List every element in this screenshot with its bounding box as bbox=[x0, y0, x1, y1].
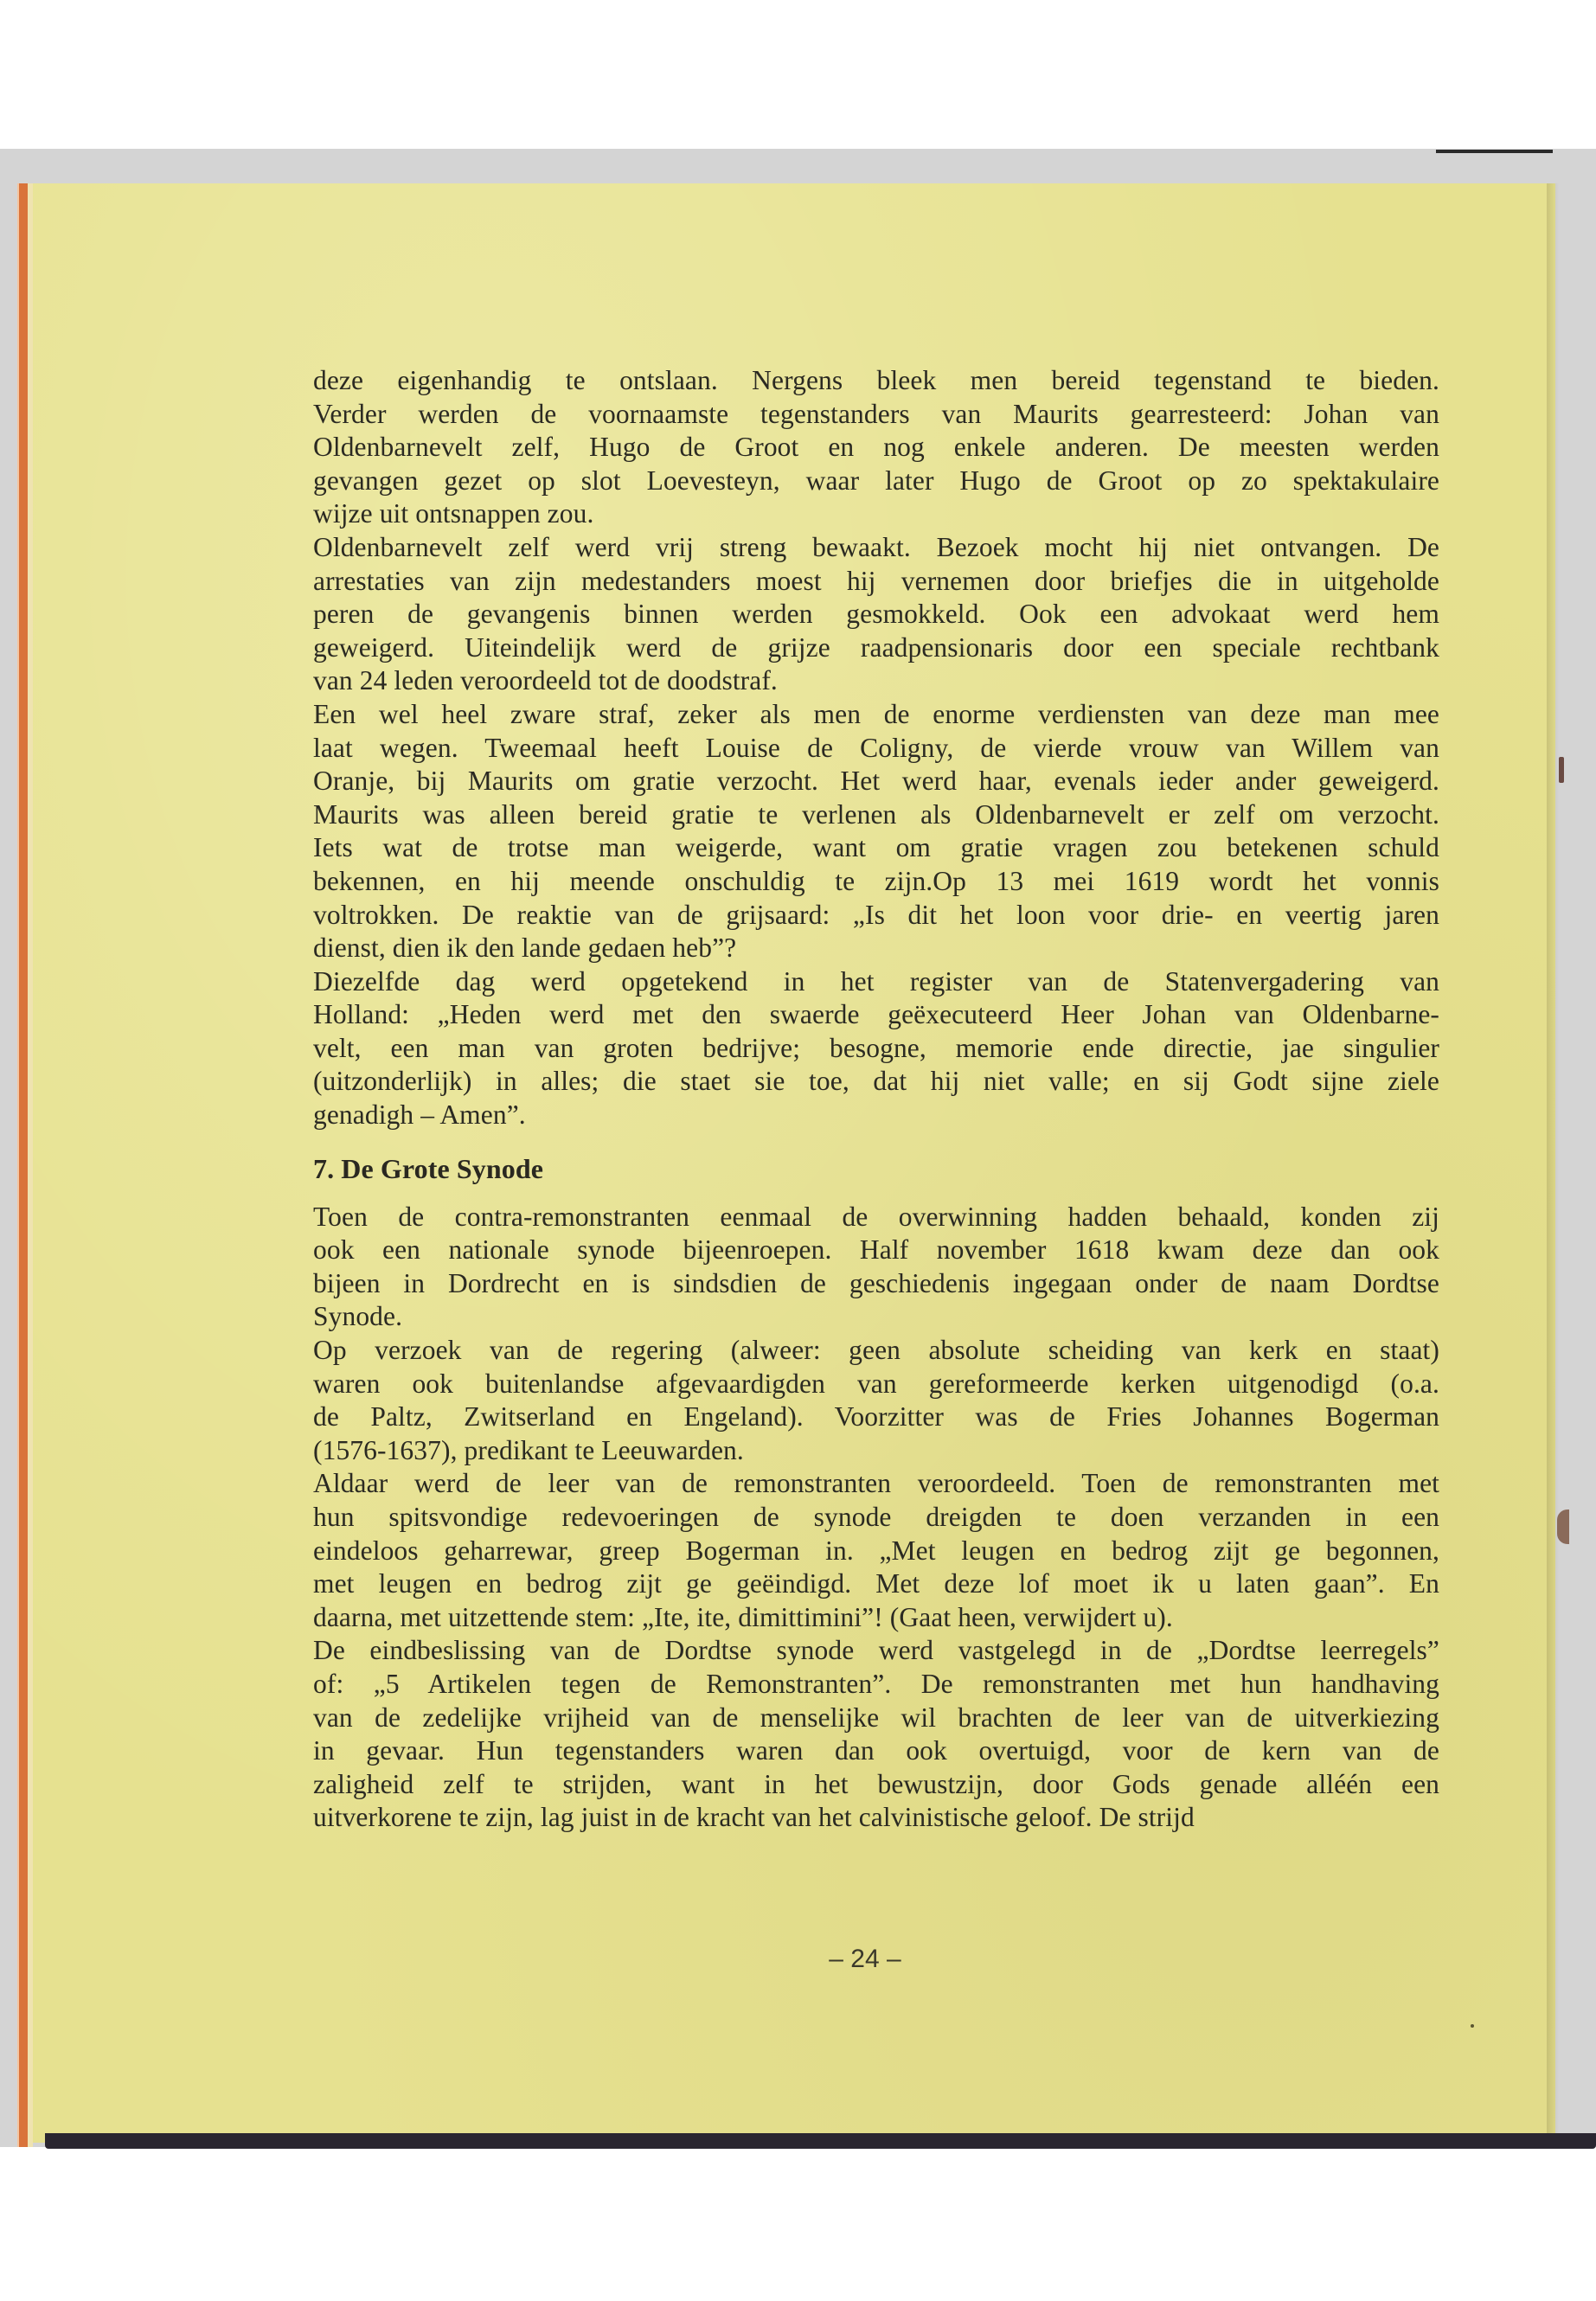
text-line: velt, een man van groten bedrijve; besog… bbox=[313, 1032, 1439, 1066]
text-line: dienst, dien ik den lande gedaen heb”? bbox=[313, 932, 1439, 965]
text-line: uitverkorene te zijn, lag juist in de kr… bbox=[313, 1801, 1439, 1835]
text-line: eindeloos geharrewar, greep Bogerman in.… bbox=[313, 1535, 1439, 1568]
text-line: Een wel heel zware straf, zeker als men … bbox=[313, 698, 1439, 732]
text-line: van de zedelijke vrijheid van de menseli… bbox=[313, 1702, 1439, 1735]
text-line: zaligheid zelf te strijden, want in het … bbox=[313, 1768, 1439, 1802]
paragraph: Toen de contra-remonstranten eenmaal de … bbox=[313, 1201, 1439, 1334]
text-line: Maurits was alleen bereid gratie te verl… bbox=[313, 798, 1439, 832]
text-line: daarna, met uitzettende stem: „Ite, ite,… bbox=[313, 1601, 1439, 1635]
text-line: bijeen in Dordrecht en is sindsdien de g… bbox=[313, 1267, 1439, 1301]
text-before-heading: deze eigenhandig te ontslaan. Nergens bl… bbox=[313, 364, 1439, 1132]
text-line: Toen de contra-remonstranten eenmaal de … bbox=[313, 1201, 1439, 1234]
page-top-edge bbox=[1436, 150, 1553, 153]
text-line: met leugen en bedrog zijt ge geëindigd. … bbox=[313, 1567, 1439, 1601]
page-text: deze eigenhandig te ontslaan. Nergens bl… bbox=[313, 364, 1439, 1835]
text-line: of: „5 Artikelen tegen de Remonstranten”… bbox=[313, 1668, 1439, 1702]
text-line: van 24 leden veroordeeld tot de doodstra… bbox=[313, 664, 1439, 698]
text-line: bekennen, en hij meende onschuldig te zi… bbox=[313, 865, 1439, 899]
text-after-heading: Toen de contra-remonstranten eenmaal de … bbox=[313, 1201, 1439, 1835]
text-line: waren ook buitenlandse afgevaardigden va… bbox=[313, 1368, 1439, 1401]
text-line: Holland: „Heden werd met den swaerde geë… bbox=[313, 998, 1439, 1032]
text-line: gevangen gezet op slot Loevesteyn, waar … bbox=[313, 465, 1439, 498]
text-line: Verder werden de voornaamste tegenstande… bbox=[313, 398, 1439, 432]
paragraph: De eindbeslissing van de Dordtse synode … bbox=[313, 1634, 1439, 1835]
text-line: Diezelfde dag werd opgetekend in het reg… bbox=[313, 965, 1439, 999]
section-heading: 7. De Grote Synode bbox=[313, 1151, 1439, 1186]
text-line: ook een nationale synode bijeenroepen. H… bbox=[313, 1234, 1439, 1267]
text-line: hun spitsvondige redevoeringen de synode… bbox=[313, 1501, 1439, 1535]
binding-inner-edge bbox=[28, 183, 33, 2147]
text-line: Synode. bbox=[313, 1300, 1439, 1334]
text-line: (1576-1637), predikant te Leeuwarden. bbox=[313, 1434, 1439, 1468]
text-line: Oldenbarnevelt zelf werd vrij streng bew… bbox=[313, 531, 1439, 565]
text-line: peren de gevangenis binnen werden gesmok… bbox=[313, 598, 1439, 631]
paragraph: Op verzoek van de regering (alweer: geen… bbox=[313, 1334, 1439, 1467]
text-line: voltrokken. De reaktie van de grijsaard:… bbox=[313, 899, 1439, 933]
page-bottom-edge bbox=[45, 2133, 1596, 2149]
page-edge-tab bbox=[1557, 1509, 1569, 1544]
text-line: wijze uit ontsnappen zou. bbox=[313, 497, 1439, 531]
page-edge-mark bbox=[1559, 757, 1564, 783]
text-line: de Paltz, Zwitserland en Engeland). Voor… bbox=[313, 1400, 1439, 1434]
text-line: Oranje, bij Maurits om gratie verzocht. … bbox=[313, 765, 1439, 798]
text-line: De eindbeslissing van de Dordtse synode … bbox=[313, 1634, 1439, 1668]
page-right-shadow bbox=[1547, 183, 1559, 2134]
paragraph: Aldaar werd de leer van de remonstranten… bbox=[313, 1467, 1439, 1634]
text-line: Op verzoek van de regering (alweer: geen… bbox=[313, 1334, 1439, 1368]
text-line: laat wegen. Tweemaal heeft Louise de Col… bbox=[313, 732, 1439, 766]
text-line: deze eigenhandig te ontslaan. Nergens bl… bbox=[313, 364, 1439, 398]
paper-speck bbox=[1471, 2024, 1474, 2028]
page-number: – 24 – bbox=[813, 1945, 917, 1974]
text-line: Oldenbarnevelt zelf, Hugo de Groot en no… bbox=[313, 431, 1439, 465]
text-line: Aldaar werd de leer van de remonstranten… bbox=[313, 1467, 1439, 1501]
text-line: Iets wat de trotse man weigerde, want om… bbox=[313, 831, 1439, 865]
text-line: genadigh – Amen”. bbox=[313, 1099, 1439, 1132]
paragraph: Diezelfde dag werd opgetekend in het reg… bbox=[313, 965, 1439, 1132]
paragraph: deze eigenhandig te ontslaan. Nergens bl… bbox=[313, 364, 1439, 531]
paragraph: Een wel heel zware straf, zeker als men … bbox=[313, 698, 1439, 965]
text-line: in gevaar. Hun tegenstanders waren dan o… bbox=[313, 1734, 1439, 1768]
text-line: arrestaties van zijn medestanders moest … bbox=[313, 565, 1439, 599]
text-line: (uitzonderlijk) in alles; die staet sie … bbox=[313, 1065, 1439, 1099]
text-line: geweigerd. Uiteindelijk werd de grijze r… bbox=[313, 631, 1439, 665]
paragraph: Oldenbarnevelt zelf werd vrij streng bew… bbox=[313, 531, 1439, 698]
